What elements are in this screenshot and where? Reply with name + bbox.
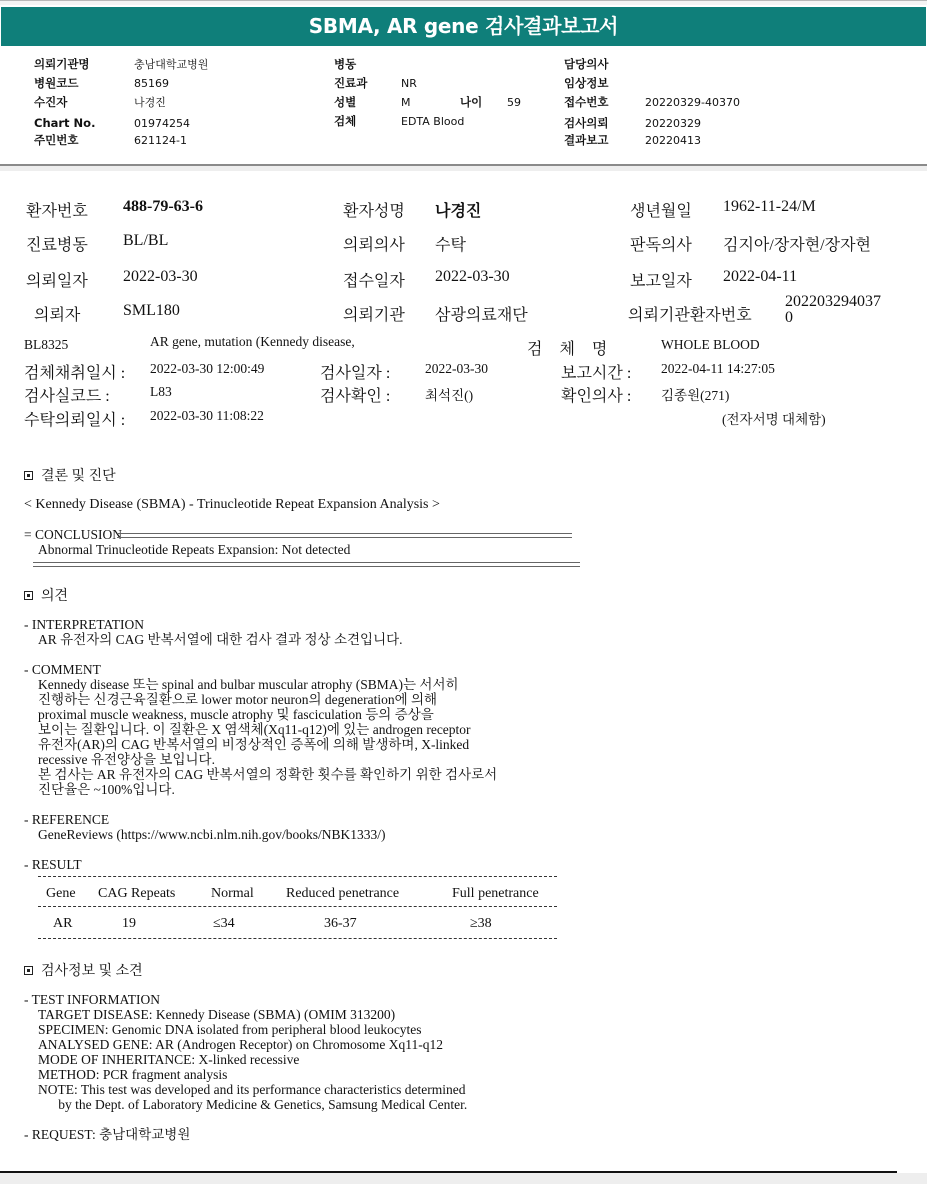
comment-line: 진단율은 ~100%입니다. xyxy=(38,782,175,797)
label-lab-code: 검사실코드 : xyxy=(24,383,110,406)
value-test-confirm: 최석진() xyxy=(425,384,473,404)
testinfo-line: ANALYSED GENE: AR (Androgen Receptor) on… xyxy=(38,1037,443,1052)
value-requester: SML180 xyxy=(123,302,180,320)
header-label-specimen: 검체 xyxy=(334,115,356,128)
testinfo-line: by the Dept. of Laboratory Medicine & Ge… xyxy=(38,1097,467,1112)
header-value-request-date: 20220329 xyxy=(645,117,701,130)
testinfo-line: SPECIMEN: Genomic DNA isolated from peri… xyxy=(38,1022,422,1037)
header-value-hospital-code: 85169 xyxy=(134,77,169,90)
header-label-report-date: 결과보고 xyxy=(564,134,608,147)
request-line: - REQUEST: 충남대학교병원 xyxy=(24,1127,190,1142)
header-value-resident-no: 621124-1 xyxy=(134,134,187,147)
value-specimen-name: WHOLE BLOOD xyxy=(661,337,760,353)
table-rule xyxy=(38,938,557,939)
header-value-institution: 충남대학교병원 xyxy=(134,58,208,71)
value-report-date: 2022-04-11 xyxy=(723,268,797,286)
label-reading-doctor: 판독의사 xyxy=(630,232,692,255)
label-consign-time: 수탁의뢰일시 : xyxy=(24,407,125,430)
label-requester: 의뢰자 xyxy=(34,302,80,325)
header-value-report-date: 20220413 xyxy=(645,134,701,147)
header-value-chart-no: 01974254 xyxy=(134,117,190,130)
label-request-date: 의뢰일자 xyxy=(26,268,88,291)
result-head: - RESULT xyxy=(24,857,82,872)
conclusion-text: Abnormal Trinucleotide Repeats Expansion… xyxy=(38,542,350,557)
label-test-date: 검사일자 : xyxy=(320,360,390,383)
value-ward: BL/BL xyxy=(123,232,168,250)
label-receipt-date: 접수일자 xyxy=(343,268,405,291)
cell-reduced: 36-37 xyxy=(324,916,357,932)
testinfo-line: TARGET DISEASE: Kennedy Disease (SBMA) (… xyxy=(38,1007,395,1022)
request-label: - REQUEST: xyxy=(24,1127,99,1142)
comment-line: recessive 유전양상을 보입니다. xyxy=(38,752,215,767)
square-bullet-icon xyxy=(24,966,33,975)
comment-line: 본 검사는 AR 유전자의 CAG 반복서열의 정확한 횟수를 확인하기 위한 … xyxy=(38,767,497,782)
label-birth-date: 생년월일 xyxy=(630,198,692,221)
value-confirm-doctor: 김종원(271) xyxy=(661,384,729,404)
label-confirm-doctor: 확인의사 : xyxy=(561,383,631,406)
testinfo-line: METHOD: PCR fragment analysis xyxy=(38,1067,227,1082)
conclusion-rule-bottom xyxy=(33,562,580,567)
table-header-gene: Gene xyxy=(46,886,76,902)
testinfo-head: - TEST INFORMATION xyxy=(24,992,160,1007)
header-label-ward: 병동 xyxy=(334,58,356,71)
value-collect-time: 2022-03-30 12:00:49 xyxy=(150,361,264,377)
header-label-department: 진료과 xyxy=(334,77,367,90)
label-collect-time: 검체채취일시 : xyxy=(24,360,125,383)
label-patient-name: 환자성명 xyxy=(343,198,405,221)
section-title: 검사정보 및 소견 xyxy=(41,964,143,979)
label-specimen-name: 검 체 명 xyxy=(527,336,610,359)
conclusion-head: = CONCLUSION xyxy=(24,527,125,542)
header-label-patient: 수진자 xyxy=(34,96,67,109)
header-value-specimen: EDTA Blood xyxy=(401,115,464,128)
table-header-normal: Normal xyxy=(211,886,254,902)
header-label-clinical-info: 임상정보 xyxy=(564,77,608,90)
label-ward: 진료병동 xyxy=(26,232,88,255)
header-info: 의뢰기관명 충남대학교병원 병원코드 85169 수진자 나경진 Chart N… xyxy=(0,0,927,160)
section-title: 의견 xyxy=(41,589,68,604)
header-label-resident-no: 주민번호 xyxy=(34,134,78,147)
value-consign-time: 2022-03-30 11:08:22 xyxy=(150,408,264,424)
request-value: 충남대학교병원 xyxy=(99,1127,190,1142)
cell-normal: ≤34 xyxy=(213,916,235,932)
comment-line: proximal muscle weakness, muscle atrophy… xyxy=(38,707,434,722)
value-patient-no: 488-79-63-6 xyxy=(123,198,203,216)
section-title: 결론 및 진단 xyxy=(41,469,116,484)
header-label-accession-no: 접수번호 xyxy=(564,96,608,109)
testinfo-line: NOTE: This test was developed and its pe… xyxy=(38,1082,465,1097)
test-name: AR gene, mutation (Kennedy disease, xyxy=(150,334,355,350)
comment-line: 유전자(AR)의 CAG 반복서열의 비정상적인 증폭에 의해 발생하며, X-… xyxy=(38,737,469,752)
comment-line: Kennedy disease 또는 spinal and bulbar mus… xyxy=(38,677,459,692)
label-patient-no: 환자번호 xyxy=(26,198,88,221)
label-institution-patient-no: 의뢰기관환자번호 xyxy=(628,302,752,325)
value-request-date: 2022-03-30 xyxy=(123,268,198,286)
table-header-full: Full penetrance xyxy=(452,886,539,902)
header-label-attending: 담당의사 xyxy=(564,58,608,71)
test-code: BL8325 xyxy=(24,337,68,353)
cell-cag-repeats: 19 xyxy=(122,916,136,932)
value-report-time: 2022-04-11 14:27:05 xyxy=(661,361,775,377)
comment-line: 보이는 질환입니다. 이 질환은 X 염색체(Xq11-q12)에 있는 and… xyxy=(38,722,471,737)
header-value-accession-no: 20220329-40370 xyxy=(645,96,740,109)
table-header-cag-repeats: CAG Repeats xyxy=(98,886,175,902)
header-label-institution: 의뢰기관명 xyxy=(34,58,90,71)
header-shadow xyxy=(0,166,927,171)
comment-line: 진행하는 신경근육질환으로 lower motor neuron의 degene… xyxy=(38,692,437,707)
header-label-request-date: 검사의뢰 xyxy=(564,117,608,130)
value-lab-code: L83 xyxy=(150,384,172,400)
header-value-age: 59 xyxy=(507,96,521,109)
label-report-date: 보고일자 xyxy=(630,268,692,291)
header-label-chart-no: Chart No. xyxy=(34,117,95,130)
testinfo-line: MODE OF INHERITANCE: X-linked recessive xyxy=(38,1052,299,1067)
value-receipt-date: 2022-03-30 xyxy=(435,268,510,286)
analysis-title: < Kennedy Disease (SBMA) - Trinucleotide… xyxy=(24,497,440,512)
value-institution-patient-no: 202203294037 xyxy=(785,294,881,309)
cell-full: ≥38 xyxy=(470,916,492,932)
header-label-age: 나이 xyxy=(460,96,482,109)
value-patient-name: 나경진 xyxy=(435,198,481,221)
label-referring-doctor: 의뢰의사 xyxy=(343,232,405,255)
value-test-date: 2022-03-30 xyxy=(425,361,488,377)
label-requesting-institution: 의뢰기관 xyxy=(343,302,405,325)
section-testinfo-heading: 검사정보 및 소견 xyxy=(24,960,143,980)
reference-link[interactable]: GeneReviews (https://www.ncbi.nlm.nih.go… xyxy=(38,827,385,842)
value-requesting-institution: 삼광의료재단 xyxy=(435,302,528,325)
header-value-department: NR xyxy=(401,77,417,90)
e-signature-note: (전자서명 대체함) xyxy=(722,408,826,428)
value-birth-date: 1962-11-24/M xyxy=(723,198,816,216)
cell-gene: AR xyxy=(53,916,72,932)
square-bullet-icon xyxy=(24,591,33,600)
section-opinion-heading: 의견 xyxy=(24,585,68,605)
table-header-reduced: Reduced penetrance xyxy=(286,886,399,902)
table-rule xyxy=(38,906,557,907)
label-test-confirm: 검사확인 : xyxy=(320,383,390,406)
value-institution-patient-no-wrap: 0 xyxy=(785,310,793,325)
conclusion-rule-top xyxy=(117,533,572,538)
header-value-patient: 나경진 xyxy=(134,96,166,109)
comment-head: - COMMENT xyxy=(24,662,101,677)
section-conclusion-heading: 결론 및 진단 xyxy=(24,465,116,485)
header-value-sex: M xyxy=(401,96,411,109)
value-reading-doctor: 김지아/장자현/장자현 xyxy=(723,232,871,255)
interpretation-text: AR 유전자의 CAG 반복서열에 대한 검사 결과 정상 소견입니다. xyxy=(38,632,403,647)
reference-head: - REFERENCE xyxy=(24,812,109,827)
square-bullet-icon xyxy=(24,471,33,480)
value-referring-doctor: 수탁 xyxy=(435,232,466,255)
header-label-sex: 성별 xyxy=(334,96,356,109)
header-label-hospital-code: 병원코드 xyxy=(34,77,78,90)
interpretation-head: - INTERPRETATION xyxy=(24,617,144,632)
table-rule xyxy=(38,876,557,877)
label-report-time: 보고시간 : xyxy=(561,360,631,383)
footer-shadow xyxy=(0,1173,927,1184)
